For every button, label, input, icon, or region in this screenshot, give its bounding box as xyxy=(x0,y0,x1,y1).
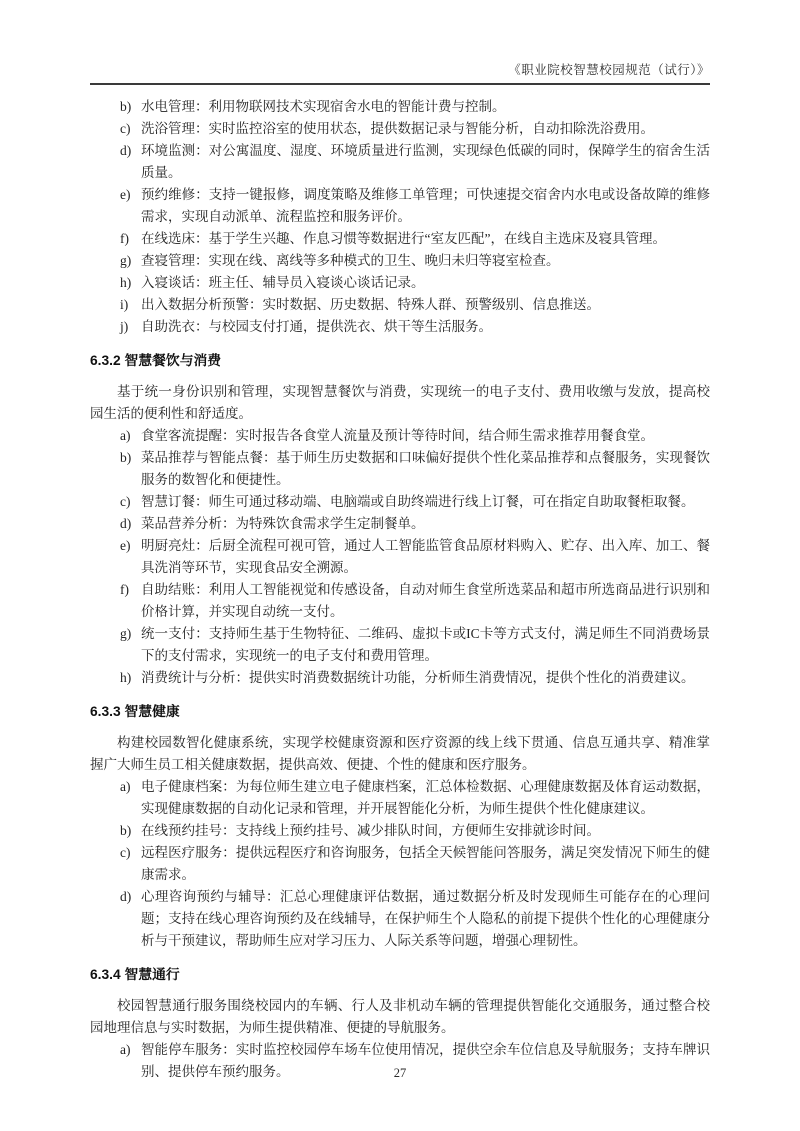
list-item-text: 电子健康档案：为每位师生建立电子健康档案，汇总体检数据、心理健康数据及体育运动数… xyxy=(141,776,710,820)
list-item: h)入寝谈话：班主任、辅导员入寝谈心谈话记录。 xyxy=(90,272,710,294)
list-item-label: b) xyxy=(120,820,141,842)
list-item: b)水电管理：利用物联网技术实现宿舍水电的智能计费与控制。 xyxy=(90,96,710,118)
list-item-label: d) xyxy=(120,886,141,952)
list-item-text: 菜品推荐与智能点餐：基于师生历史数据和口味偏好提供个性化菜品推荐和点餐服务，实现… xyxy=(141,447,710,491)
list-item: b)菜品推荐与智能点餐：基于师生历史数据和口味偏好提供个性化菜品推荐和点餐服务，… xyxy=(90,447,710,491)
list-item-label: a) xyxy=(120,776,141,820)
list-item-text: 预约维修：支持一键报修，调度策略及维修工单管理；可快速提交宿舍内水电或设备故障的… xyxy=(141,184,710,228)
list-item-label: c) xyxy=(120,842,141,886)
list-item: f)在线选床：基于学生兴趣、作息习惯等数据进行“室友匹配”，在线自主选床及寝具管… xyxy=(90,228,710,250)
section-heading: 6.3.4 智慧通行 xyxy=(90,964,710,986)
page-header: 《职业院校智慧校园规范（试行）》 xyxy=(90,62,710,85)
document-body: b)水电管理：利用物联网技术实现宿舍水电的智能计费与控制。c)洗浴管理：实时监控… xyxy=(90,96,710,1083)
list-item: j)自助洗衣：与校园支付打通，提供洗衣、烘干等生活服务。 xyxy=(90,316,710,338)
paragraph: 校园智慧通行服务围绕校园内的车辆、行人及非机动车辆的管理提供智能化交通服务，通过… xyxy=(90,995,710,1039)
paragraph: 基于统一身份识别和管理，实现智慧餐饮与消费，实现统一的电子支付、费用收缴与发放，… xyxy=(90,381,710,425)
list-item: d)心理咨询预约与辅导：汇总心理健康评估数据，通过数据分析及时发现师生可能存在的… xyxy=(90,886,710,952)
list-item-label: h) xyxy=(120,272,141,294)
list-item: b)在线预约挂号：支持线上预约挂号、减少排队时间，方便师生安排就诊时间。 xyxy=(90,820,710,842)
paragraph: 构建校园数智化健康系统，实现学校健康资源和医疗资源的线上线下贯通、信息互通共享、… xyxy=(90,732,710,776)
list-item-text: 环境监测：对公寓温度、湿度、环境质量进行监测，实现绿色低碳的同时，保障学生的宿舍… xyxy=(141,140,710,184)
list-item: a)电子健康档案：为每位师生建立电子健康档案，汇总体检数据、心理健康数据及体育运… xyxy=(90,776,710,820)
list-item-label: f) xyxy=(120,228,141,250)
list-item-text: 查寝管理：实现在线、离线等多种模式的卫生、晚归未归等寝室检查。 xyxy=(141,250,710,272)
list-item: d)菜品营养分析：为特殊饮食需求学生定制餐单。 xyxy=(90,513,710,535)
list-item-label: h) xyxy=(120,667,141,689)
list-item-text: 自助洗衣：与校园支付打通，提供洗衣、烘干等生活服务。 xyxy=(141,316,710,338)
list-item-text: 远程医疗服务：提供远程医疗和咨询服务，包括全天候智能问答服务，满足突发情况下师生… xyxy=(141,842,710,886)
list-item-label: e) xyxy=(120,535,141,579)
list-item-text: 出入数据分析预警：实时数据、历史数据、特殊人群、预警级别、信息推送。 xyxy=(141,294,710,316)
list-item-text: 在线预约挂号：支持线上预约挂号、减少排队时间，方便师生安排就诊时间。 xyxy=(141,820,710,842)
list-item-label: f) xyxy=(120,579,141,623)
list-item-text: 在线选床：基于学生兴趣、作息习惯等数据进行“室友匹配”，在线自主选床及寝具管理。 xyxy=(141,228,710,250)
list-item-label: d) xyxy=(120,140,141,184)
page-number: 27 xyxy=(394,1066,407,1080)
list-item-label: j) xyxy=(120,316,141,338)
list-item-label: g) xyxy=(120,623,141,667)
list-item: h)消费统计与分析：提供实时消费数据统计功能，分析师生消费情况，提供个性化的消费… xyxy=(90,667,710,689)
list-item: c)智慧订餐：师生可通过移动端、电脑端或自助终端进行线上订餐，可在指定自助取餐柜… xyxy=(90,491,710,513)
list-item-text: 菜品营养分析：为特殊饮食需求学生定制餐单。 xyxy=(141,513,710,535)
list-item: e)明厨亮灶：后厨全流程可视可管，通过人工智能监管食品原材料购入、贮存、出入库、… xyxy=(90,535,710,579)
list-item-text: 心理咨询预约与辅导：汇总心理健康评估数据，通过数据分析及时发现师生可能存在的心理… xyxy=(141,886,710,952)
list-item-label: e) xyxy=(120,184,141,228)
list-item-label: b) xyxy=(120,447,141,491)
list-item: g)查寝管理：实现在线、离线等多种模式的卫生、晚归未归等寝室检查。 xyxy=(90,250,710,272)
list-item-label: b) xyxy=(120,96,141,118)
list-item: c)洗浴管理：实时监控浴室的使用状态，提供数据记录与智能分析，自动扣除洗浴费用。 xyxy=(90,118,710,140)
list-item-text: 食堂客流提醒：实时报告各食堂人流量及预计等待时间，结合师生需求推荐用餐食堂。 xyxy=(141,425,710,447)
list-item: d)环境监测：对公寓温度、湿度、环境质量进行监测，实现绿色低碳的同时，保障学生的… xyxy=(90,140,710,184)
list-item: f)自助结账：利用人工智能视觉和传感设备，自动对师生食堂所选菜品和超市所选商品进… xyxy=(90,579,710,623)
list-item: c)远程医疗服务：提供远程医疗和咨询服务，包括全天候智能问答服务，满足突发情况下… xyxy=(90,842,710,886)
list-item-label: d) xyxy=(120,513,141,535)
list-item-text: 明厨亮灶：后厨全流程可视可管，通过人工智能监管食品原材料购入、贮存、出入库、加工… xyxy=(141,535,710,579)
list-item-text: 洗浴管理：实时监控浴室的使用状态，提供数据记录与智能分析，自动扣除洗浴费用。 xyxy=(141,118,710,140)
list-item-label: c) xyxy=(120,118,141,140)
document-page: 《职业院校智慧校园规范（试行）》 b)水电管理：利用物联网技术实现宿舍水电的智能… xyxy=(0,0,800,1131)
list-item-text: 智慧订餐：师生可通过移动端、电脑端或自助终端进行线上订餐，可在指定自助取餐柜取餐… xyxy=(141,491,710,513)
list-item: e)预约维修：支持一键报修，调度策略及维修工单管理；可快速提交宿舍内水电或设备故… xyxy=(90,184,710,228)
list-item-text: 自助结账：利用人工智能视觉和传感设备，自动对师生食堂所选菜品和超市所选商品进行识… xyxy=(141,579,710,623)
list-item-label: i) xyxy=(120,294,141,316)
list-item-text: 统一支付：支持师生基于生物特征、二维码、虚拟卡或IC卡等方式支付，满足师生不同消… xyxy=(141,623,710,667)
list-item-text: 入寝谈话：班主任、辅导员入寝谈心谈话记录。 xyxy=(141,272,710,294)
section-heading: 6.3.2 智慧餐饮与消费 xyxy=(90,350,710,372)
page-footer: 27 xyxy=(0,1066,800,1081)
list-item-label: c) xyxy=(120,491,141,513)
list-item-text: 水电管理：利用物联网技术实现宿舍水电的智能计费与控制。 xyxy=(141,96,710,118)
list-item: a)食堂客流提醒：实时报告各食堂人流量及预计等待时间，结合师生需求推荐用餐食堂。 xyxy=(90,425,710,447)
list-item: i)出入数据分析预警：实时数据、历史数据、特殊人群、预警级别、信息推送。 xyxy=(90,294,710,316)
list-item-text: 消费统计与分析：提供实时消费数据统计功能，分析师生消费情况，提供个性化的消费建议… xyxy=(141,667,710,689)
list-item: g)统一支付：支持师生基于生物特征、二维码、虚拟卡或IC卡等方式支付，满足师生不… xyxy=(90,623,710,667)
running-header-title: 《职业院校智慧校园规范（试行）》 xyxy=(508,63,710,77)
list-item-label: a) xyxy=(120,425,141,447)
list-item-label: g) xyxy=(120,250,141,272)
section-heading: 6.3.3 智慧健康 xyxy=(90,701,710,723)
